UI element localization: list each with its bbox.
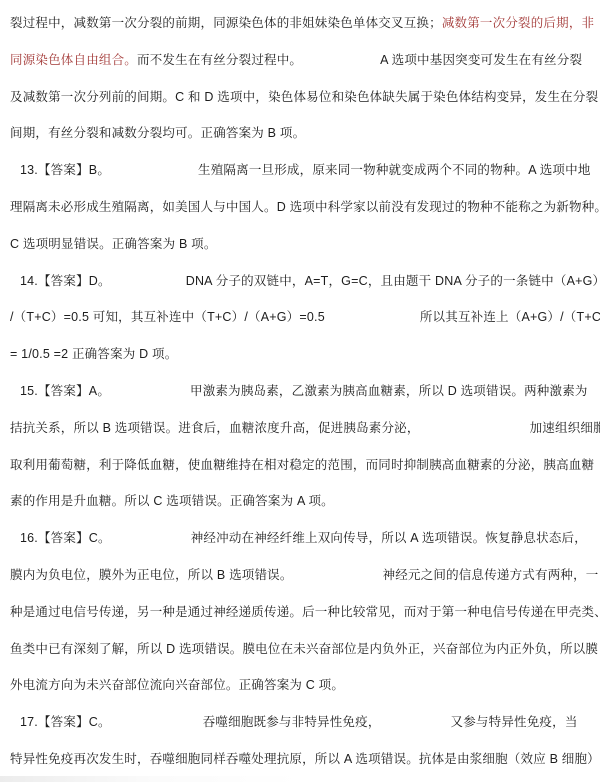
text-segment: 及减数第一次分列前的间期。C 和 D 选项中，染色体易位和染色体缺失属于染色体结… [10, 90, 598, 104]
text-line: 种是通过电信号传递，另一种是通过神经递质传递。后一种比较常见，而对于第一种电信号… [10, 594, 592, 631]
text-segment: 15.【答案】A。 [20, 384, 110, 398]
text-segment: 理隔离未必形成生殖隔离，如美国人与中国人。D 选项中科学家以前没有发现过的物种不… [10, 200, 600, 214]
text-line: 外电流方向为未兴奋部位流向兴奋部位。正确答案为 C 项。 [10, 667, 592, 704]
text-segment: 吞噬细胞既参与非特异性免疫， [203, 715, 381, 729]
highlighted-text: 减数第一次分裂的后期，非 [442, 16, 594, 30]
text-segment: 又参与特异性免疫，当 [451, 715, 578, 729]
text-gap [111, 284, 186, 285]
text-gap [381, 725, 451, 726]
text-segment: DNA 分子的双链中，A=T，G=C，且由题干 DNA 分子的一条链中（A+G） [186, 274, 600, 288]
text-line: = 1/0.5 =2 正确答案为 D 项。 [10, 336, 592, 373]
text-line: 裂过程中，减数第一次分裂的前期，同源染色体的非姐妹染色单体交叉互换；减数第一次分… [10, 5, 592, 42]
text-line: 17.【答案】C。吞噬细胞既参与非特异性免疫，又参与特异性免疫，当 [10, 704, 592, 741]
text-gap [110, 394, 190, 395]
text-line: /（T+C）=0.5 可知，其互补连中（T+C）/（A+G）=0.5所以其互补连… [10, 299, 592, 336]
text-line: 取利用葡萄糖，利于降低血糖，使血糖维持在相对稳定的范围，而同时抑制胰高血糖素的分… [10, 447, 592, 484]
text-line: 16.【答案】C。神经冲动在神经纤维上双向传导，所以 A 选项错误。恢复静息状态… [10, 520, 592, 557]
text-segment: 生殖隔离一旦形成，原来同一物种就变成两个不同的物种。A 选项中地 [198, 163, 591, 177]
text-line: 15.【答案】A。甲激素为胰岛素，乙激素为胰高血糖素，所以 D 选项错误。两种激… [10, 373, 592, 410]
text-segment: 素的作用是升血糖。所以 C 选项错误。正确答案为 A 项。 [10, 494, 334, 508]
text-segment: A 选项中基因突变可发生在有丝分裂 [380, 53, 582, 67]
text-segment: 神经元之间的信息传递方式有两种，一 [383, 568, 599, 582]
text-segment: 特异性免疫再次发生时，吞噬细胞同样吞噬处理抗原，所以 A 选项错误。抗体是由浆细… [10, 752, 600, 766]
text-segment: 裂过程中，减数第一次分裂的前期，同源染色体的非姐妹染色单体交叉互换； [10, 16, 442, 30]
text-segment: 间期，有丝分裂和减数分裂均可。正确答案为 B 项。 [10, 126, 305, 140]
text-segment: 种是通过电信号传递，另一种是通过神经递质传递。后一种比较常见，而对于第一种电信号… [10, 605, 600, 619]
answer-sheet-document: 裂过程中，减数第一次分裂的前期，同源染色体的非姐妹染色单体交叉互换；减数第一次分… [0, 0, 600, 778]
text-gap [110, 173, 198, 174]
text-gap [111, 725, 203, 726]
text-segment: 17.【答案】C。 [20, 715, 111, 729]
text-line: 14.【答案】D。DNA 分子的双链中，A=T，G=C，且由题干 DNA 分子的… [10, 263, 592, 300]
text-line: 膜内为负电位，膜外为正电位，所以 B 选项错误。神经元之间的信息传递方式有两种，… [10, 557, 592, 594]
text-segment: 外电流方向为未兴奋部位流向兴奋部位。正确答案为 C 项。 [10, 678, 344, 692]
text-segment: C 选项明显错误。正确答案为 B 项。 [10, 237, 217, 251]
text-gap [325, 320, 420, 321]
text-gap [111, 541, 191, 542]
text-line: 鱼类中已有深刻了解，所以 D 选项错误。膜电位在未兴奋部位是内负外正，兴奋部位为… [10, 631, 592, 668]
text-line: 间期，有丝分裂和减数分裂均可。正确答案为 B 项。 [10, 115, 592, 152]
text-segment: 加速组织细胞摄 [530, 421, 600, 435]
text-line: 素的作用是升血糖。所以 C 选项错误。正确答案为 A 项。 [10, 483, 592, 520]
text-line: 13.【答案】B。生殖隔离一旦形成，原来同一物种就变成两个不同的物种。A 选项中… [10, 152, 592, 189]
text-segment: 16.【答案】C。 [20, 531, 111, 545]
highlighted-text: 同源染色体自由组合。 [10, 53, 137, 67]
text-line: 及减数第一次分列前的间期。C 和 D 选项中，染色体易位和染色体缺失属于染色体结… [10, 79, 592, 116]
text-line: C 选项明显错误。正确答案为 B 项。 [10, 226, 592, 263]
text-segment: 鱼类中已有深刻了解，所以 D 选项错误。膜电位在未兴奋部位是内负外正，兴奋部位为… [10, 642, 598, 656]
text-segment: 取利用葡萄糖，利于降低血糖，使血糖维持在相对稳定的范围，而同时抑制胰高血糖素的分… [10, 458, 594, 472]
text-segment: 而不发生在有丝分裂过程中。 [137, 53, 302, 67]
text-line: 特异性免疫再次发生时，吞噬细胞同样吞噬处理抗原，所以 A 选项错误。抗体是由浆细… [10, 741, 592, 778]
text-segment: = 1/0.5 =2 正确答案为 D 项。 [10, 347, 177, 361]
text-segment: 甲激素为胰岛素，乙激素为胰高血糖素，所以 D 选项错误。两种激素为 [190, 384, 588, 398]
text-segment: 拮抗关系，所以 B 选项错误。进食后，血糖浓度升高，促进胰岛素分泌， [10, 421, 420, 435]
text-line: 拮抗关系，所以 B 选项错误。进食后，血糖浓度升高，促进胰岛素分泌，加速组织细胞… [10, 410, 592, 447]
text-segment: /（T+C）=0.5 可知，其互补连中（T+C）/（A+G）=0.5 [10, 310, 325, 324]
text-segment: 14.【答案】D。 [20, 274, 111, 288]
text-segment: 膜内为负电位，膜外为正电位，所以 B 选项错误。 [10, 568, 293, 582]
text-line: 同源染色体自由组合。而不发生在有丝分裂过程中。A 选项中基因突变可发生在有丝分裂 [10, 42, 592, 79]
text-segment: 所以其互补连上（A+G）/（T+C） [420, 310, 600, 324]
text-gap [293, 578, 383, 579]
text-segment: 13.【答案】B。 [20, 163, 110, 177]
text-gap [302, 63, 380, 64]
text-gap [420, 431, 530, 432]
text-line: 理隔离未必形成生殖隔离，如美国人与中国人。D 选项中科学家以前没有发现过的物种不… [10, 189, 592, 226]
text-segment: 神经冲动在神经纤维上双向传导，所以 A 选项错误。恢复静息状态后， [191, 531, 587, 545]
